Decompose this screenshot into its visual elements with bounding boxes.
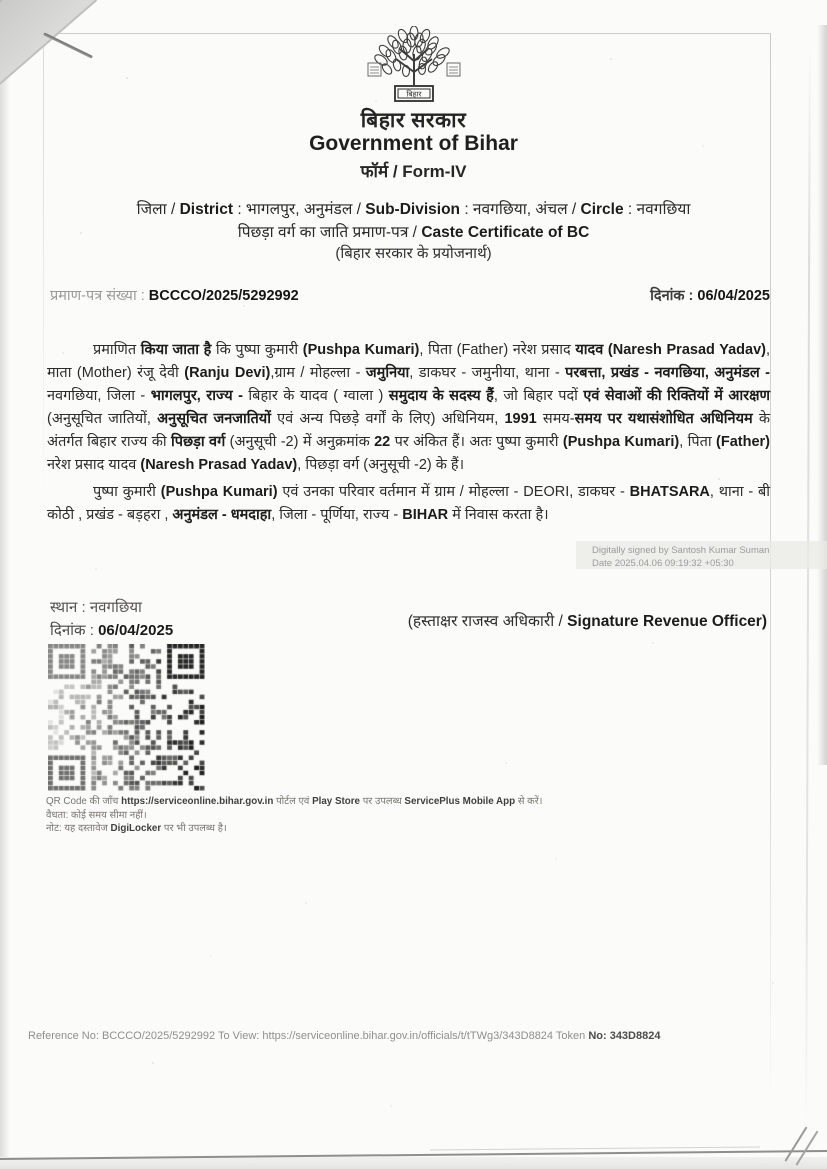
certificate-body-paragraph-2: पुष्पा कुमारी (Pushpa Kumari) एवं उनका प…: [47, 481, 770, 527]
reference-line: Reference No: BCCCO/2025/5292992 To View…: [28, 1030, 660, 1042]
signature-date-label: दिनांक :: [50, 622, 94, 639]
page-border-left: [43, 33, 44, 513]
qr-verification-note: QR Code की जाँच https://serviceonline.bi…: [46, 795, 542, 809]
scan-bottom-faint-line: [430, 1147, 760, 1151]
certificate-number-value: BCCCO/2025/5292992: [149, 288, 299, 304]
digital-signature-line1: Digitally signed by Santosh Kumar Suman: [592, 544, 770, 557]
certificate-body-paragraph-1: प्रमाणित किया जाता है कि पुष्पा कुमारी (…: [47, 339, 770, 477]
scanned-certificate-page: बिहार बिहार सरकार Government of Bihar फॉ…: [0, 0, 827, 1169]
issue-date-label: दिनांक :: [650, 288, 693, 304]
signature-date-line: दिनांक : 06/04/2025: [50, 620, 173, 640]
digital-signature-stamp: Digitally signed by Santosh Kumar Suman …: [592, 544, 770, 570]
qr-code: [48, 644, 205, 791]
validity-note: वैधता: कोई समय सीमा नहीं।: [46, 809, 542, 823]
signature-date-value: 06/04/2025: [98, 622, 173, 639]
digital-signature-line2: Date 2025.04.06 09:19:32 +05:30: [592, 557, 770, 570]
form-number-line: फॉर्म / Form-IV: [0, 159, 827, 182]
place-line: स्थान : नवगछिया: [50, 597, 142, 617]
certificate-meta-row: प्रमाण-पत्र संख्या : BCCCO/2025/5292992 …: [50, 285, 770, 305]
bihar-government-emblem-icon: बिहार: [358, 26, 470, 111]
scan-noise-dots: [0, 0, 2, 2]
scan-bottom-area: [0, 1157, 827, 1169]
revenue-officer-signature-line: (हस्ताक्षर राजस्व अधिकारी / Signature Re…: [408, 609, 767, 631]
district-subdivision-circle-line: जिला / District : भागलपुर, अनुमंडल / Sub…: [0, 197, 827, 219]
staple-mark: [43, 32, 93, 58]
page-border-right: [770, 33, 771, 1111]
certificate-number: प्रमाण-पत्र संख्या : BCCCO/2025/5292992: [50, 285, 299, 305]
issue-date-value: 06/04/2025: [697, 288, 770, 304]
issue-date: दिनांक : 06/04/2025: [650, 285, 770, 305]
certificate-number-label: प्रमाण-पत्र संख्या :: [50, 288, 145, 304]
emblem-text: बिहार: [406, 90, 422, 99]
title-hindi: बिहार सरकार: [0, 106, 827, 134]
footer-notes: QR Code की जाँच https://serviceonline.bi…: [46, 795, 542, 836]
title-english: Government of Bihar: [0, 132, 827, 156]
certificate-title: पिछड़ा वर्ग का जाति प्रमाण-पत्र / Caste …: [0, 220, 827, 242]
purpose-line: (बिहार सरकार के प्रयोजनार्थ): [0, 243, 827, 263]
digilocker-note: नोट: यह दस्तावेज DigiLocker पर भी उपलब्ध…: [46, 822, 542, 836]
